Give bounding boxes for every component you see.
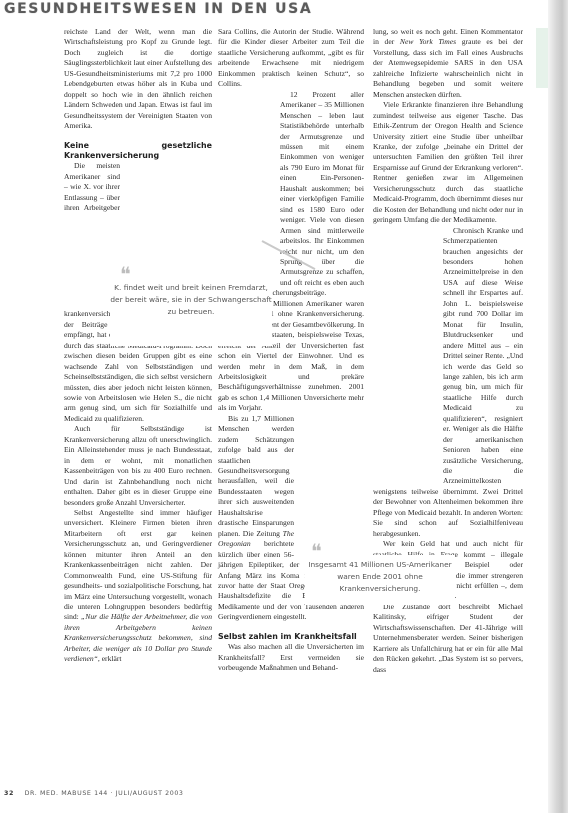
paragraph-text: graute es bei der Vorstellung, dass sich… bbox=[373, 37, 523, 98]
paragraph-text: Chronisch Kranke und Schmerzpatienten br… bbox=[373, 226, 523, 538]
paragraph-text: Bis zu 1,7 Millionen Menschen werden zud… bbox=[218, 414, 294, 538]
paragraph: Was also machen all die Unversicherten i… bbox=[218, 642, 364, 673]
paragraph: lung, so weit es noch geht. Einen Kommen… bbox=[373, 27, 523, 100]
pull-quote-text: Insgesamt 41 Millionen US-Amerikaner war… bbox=[305, 555, 455, 595]
subheading: Selbst zahlen im Krankheitsfall bbox=[218, 632, 364, 642]
paragraph: Chronisch Kranke und Schmerzpatienten br… bbox=[373, 226, 523, 540]
quote-mark-icon: ❝ bbox=[311, 545, 322, 557]
float-spacer bbox=[373, 402, 443, 486]
publication-info: DR. MED. MABUSE 144 · JULI/AUGUST 2003 bbox=[25, 790, 184, 797]
page-edge-shadow bbox=[548, 0, 568, 813]
paragraph: reichste Land der Welt, wenn man die Wir… bbox=[64, 27, 212, 132]
page-footer: 32 DR. MED. MABUSE 144 · JULI/AUGUST 200… bbox=[4, 790, 184, 797]
page-number: 32 bbox=[4, 790, 14, 797]
subheading: Keine gesetzliche Krankenversicherung bbox=[64, 141, 212, 162]
paragraph: Sara Collins, die Autorin der Studie. Wä… bbox=[218, 27, 364, 90]
quote-italic: „Nur die Hälfte der Arbeitnehmer, die vo… bbox=[64, 612, 212, 663]
paragraph: Auch für Selbstständige ist Krankenversi… bbox=[64, 424, 212, 508]
edge-color-tint bbox=[536, 28, 548, 88]
paragraph-text: Selbst Angestellte sind immer häufiger u… bbox=[64, 508, 212, 622]
section-title: GESUNDHEITSWESEN IN DEN USA bbox=[4, 1, 312, 17]
paragraph-text: , erklärt bbox=[98, 654, 122, 663]
running-header: GESUNDHEITSWESEN IN DEN USA bbox=[0, 0, 568, 18]
float-spacer bbox=[218, 162, 280, 280]
quote-mark-icon: ❝ bbox=[120, 268, 131, 280]
pull-quote-text: K. findet weit und breit keinen Fremdarz… bbox=[110, 276, 272, 318]
float-spacer bbox=[294, 458, 364, 554]
newspaper-title: New York Times bbox=[400, 37, 456, 46]
paragraph: Viele Erkrankte finanzieren ihre Behandl… bbox=[373, 100, 523, 225]
pull-quote: ❝ K. findet weit und breit keinen Fremda… bbox=[110, 276, 272, 346]
paragraph: Selbst Angestellte sind immer häufiger u… bbox=[64, 508, 212, 665]
pull-quote: ❝ Insgesamt 41 Millionen US-Amerikaner w… bbox=[305, 555, 455, 605]
paragraph: Die Zustände dort beschreibt Michael Kal… bbox=[373, 602, 523, 675]
paragraph: 12 Prozent aller Amerikaner – 35 Million… bbox=[218, 90, 364, 299]
